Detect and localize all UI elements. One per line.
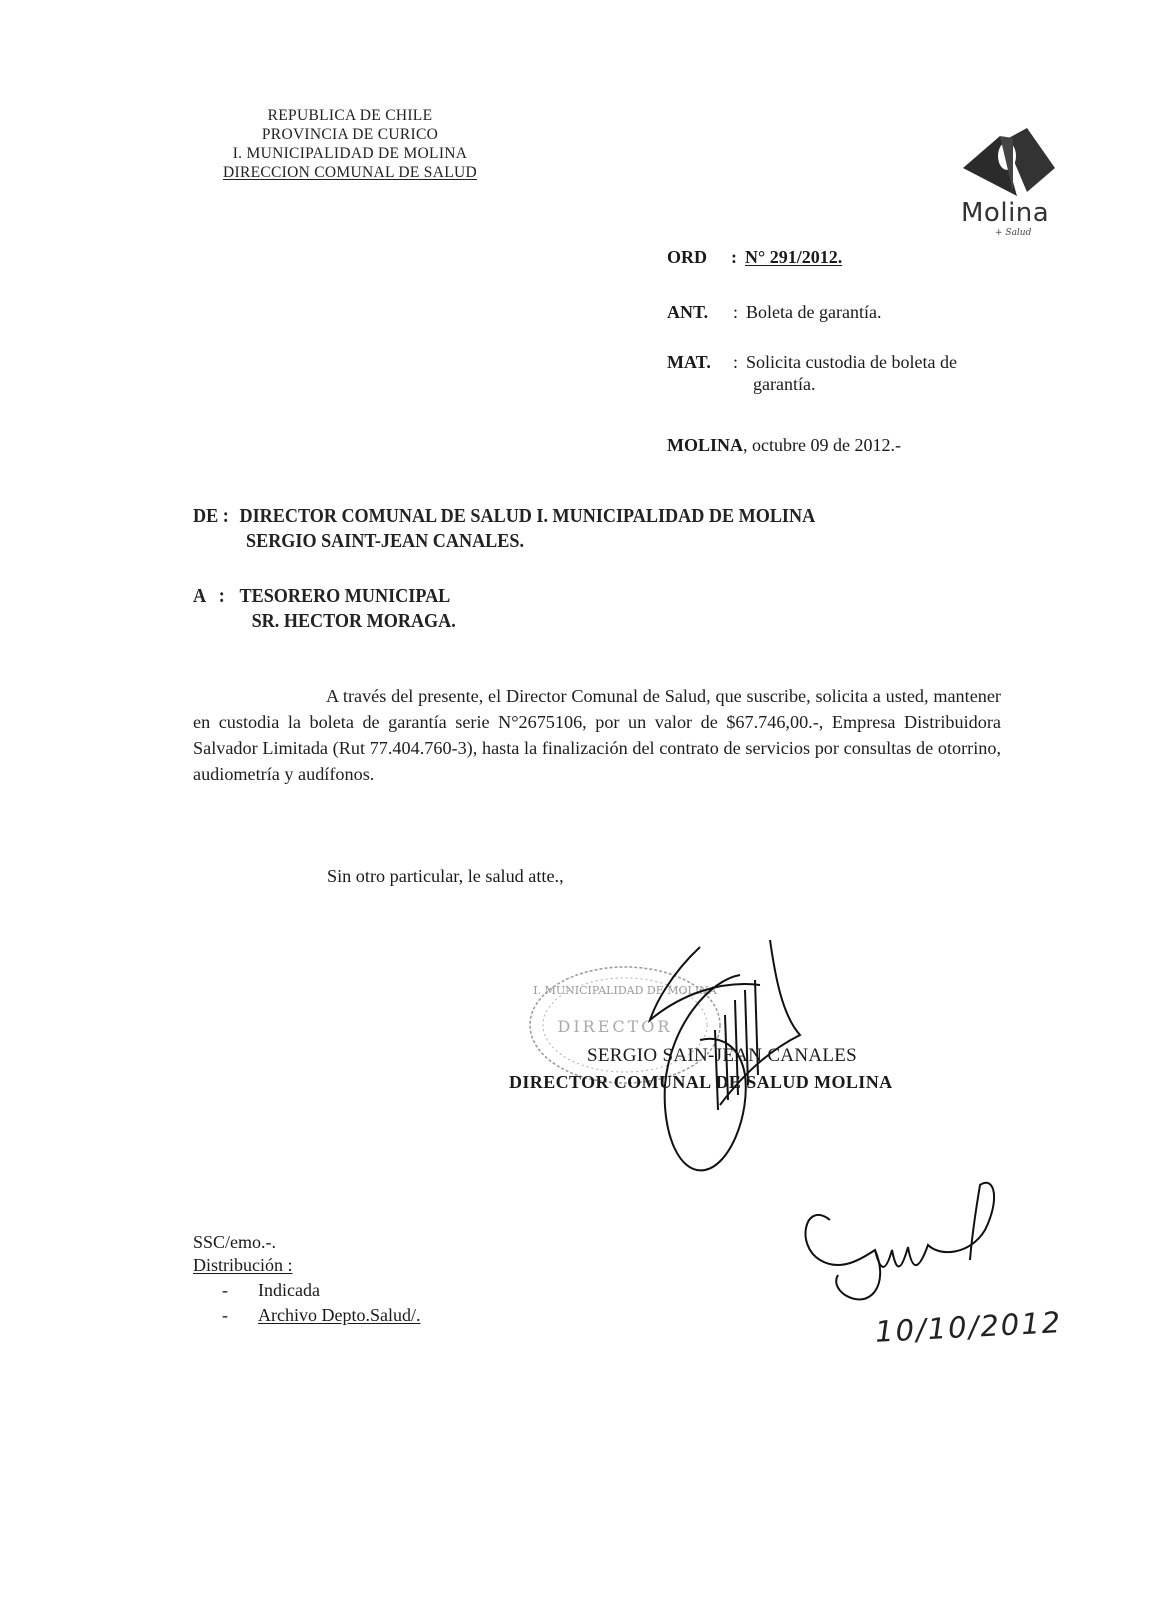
handwritten-signature-icon (800, 1175, 1020, 1325)
date-line: MOLINA, octubre 09 de 2012.- (667, 434, 901, 456)
signatory-title: DIRECTOR COMUNAL DE SALUD MOLINA (509, 1072, 893, 1093)
ord-number: N° 291/2012. (745, 247, 842, 267)
ant-value: Boleta de garantía. (746, 302, 881, 322)
distribution-item: - Archivo Depto.Salud/. (222, 1303, 420, 1328)
closing-line: Sin otro particular, le salud atte., (327, 866, 564, 887)
distribution-list: - Indicada - Archivo Depto.Salud/. (222, 1278, 420, 1328)
from-block: DE :DIRECTOR COMUNAL DE SALUD I. MUNICIP… (193, 504, 815, 554)
molina-logo: Molina + Salud (955, 128, 1075, 243)
from-key: DE : (193, 504, 240, 529)
to-name: SR. HECTOR MORAGA. (193, 609, 456, 634)
distribution-item: - Indicada (222, 1278, 420, 1303)
date-value: , octubre 09 de 2012.- (743, 435, 901, 455)
mat-value-cont: garantía. (667, 373, 957, 395)
distribution-item-text: Archivo Depto.Salud/. (258, 1303, 420, 1328)
ant-label: ANT. (667, 301, 725, 323)
date-place: MOLINA (667, 435, 743, 455)
from-name: SERGIO SAINT-JEAN CANALES. (193, 529, 815, 554)
mat-line: MAT.:Solicita custodia de boleta de gara… (667, 351, 957, 395)
to-title: TESORERO MUNICIPAL (240, 586, 451, 607)
letterhead-municipality: I. MUNICIPALIDAD DE MOLINA (190, 144, 510, 163)
body-paragraph: A través del presente, el Director Comun… (193, 683, 1001, 787)
to-block: A :TESORERO MUNICIPAL SR. HECTOR MORAGA. (193, 584, 456, 634)
letterhead-province: PROVINCIA DE CURICO (190, 125, 510, 144)
logo-wordmark: Molina (961, 198, 1049, 228)
mat-label: MAT. (667, 351, 725, 373)
from-title: DIRECTOR COMUNAL DE SALUD I. MUNICIPALID… (240, 506, 816, 527)
to-key: A : (193, 584, 240, 609)
mat-value: Solicita custodia de boleta de (746, 352, 957, 372)
letterhead: REPUBLICA DE CHILE PROVINCIA DE CURICO I… (190, 106, 510, 182)
signatory-name: SERGIO SAIN-JEAN CANALES (587, 1045, 857, 1067)
initials-text: SSC/emo.-. (193, 1231, 293, 1254)
logo-tagline: + Salud (995, 228, 1031, 238)
ord-label: ORD (667, 246, 723, 268)
letterhead-country: REPUBLICA DE CHILE (190, 106, 510, 125)
ant-line: ANT.:Boleta de garantía. (667, 301, 881, 323)
molina-salud-logo-icon (955, 128, 1075, 203)
distribution-item-text: Indicada (258, 1278, 320, 1303)
reference-initials: SSC/emo.-. Distribución : (193, 1231, 293, 1277)
distribution-label: Distribución : (193, 1254, 293, 1277)
ord-line: ORD:N° 291/2012. (667, 246, 842, 268)
letterhead-department: DIRECCION COMUNAL DE SALUD (190, 163, 510, 182)
